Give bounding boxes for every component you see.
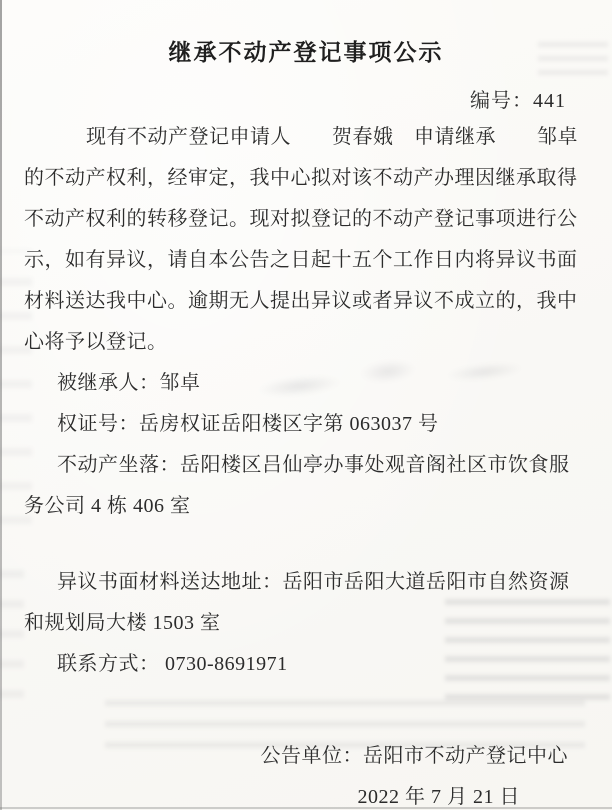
doc-number: 编号：441 [470,84,566,113]
item-contact-phone: 联系方式： 0730-8691971 [24,644,590,685]
item-certificate-number: 权证号：岳房权证岳阳楼区字第 063037 号 [24,404,590,445]
bleedthrough-smudge [0,560,24,720]
item-objection-address-line2: 和规划局大楼 1503 室 [24,603,590,644]
footer-date: 2022 年 7 月 21 日 [24,777,590,810]
paragraph-line: 的不动产权利，经审定，我中心拟对该不动产办理因继承取得 [24,158,590,199]
scanned-notice-page: 继承不动产登记事项公示 编号：441 现有不动产登记申请人 贺春娥 申请继承 邹… [0,0,612,810]
doc-number-value: 441 [533,90,566,112]
paragraph-line: 心将予以登记。 [24,322,590,363]
scan-edge-left [0,0,2,810]
paragraph-line: 现有不动产登记申请人 贺春娥 申请继承 邹卓 [24,117,590,158]
notice-title: 继承不动产登记事项公示 [0,34,612,67]
doc-number-label: 编号： [470,90,533,112]
item-deceased: 被继承人：邹卓 [24,363,590,404]
footer-issuer: 公告单位：岳阳市不动产登记中心 [24,736,590,777]
item-property-location-line2: 务公司 4 栋 406 室 [24,486,590,527]
notice-body: 现有不动产登记申请人 贺春娥 申请继承 邹卓 的不动产权利，经审定，我中心拟对该… [24,117,590,810]
paragraph-line: 示，如有异议，请自本公告之日起十五个工作日内将异议书面 [24,240,590,281]
paragraph-line: 不动产权利的转移登记。现对拟登记的不动产登记事项进行公 [24,199,590,240]
paragraph-line: 材料送达我中心。逾期无人提出异议或者异议不成立的，我中 [24,281,590,322]
item-property-location-line1: 不动产坐落：岳阳楼区吕仙亭办事处观音阁社区市饮食服 [24,445,590,486]
item-objection-address-line1: 异议书面材料送达地址：岳阳市岳阳大道岳阳市自然资源 [24,562,590,603]
